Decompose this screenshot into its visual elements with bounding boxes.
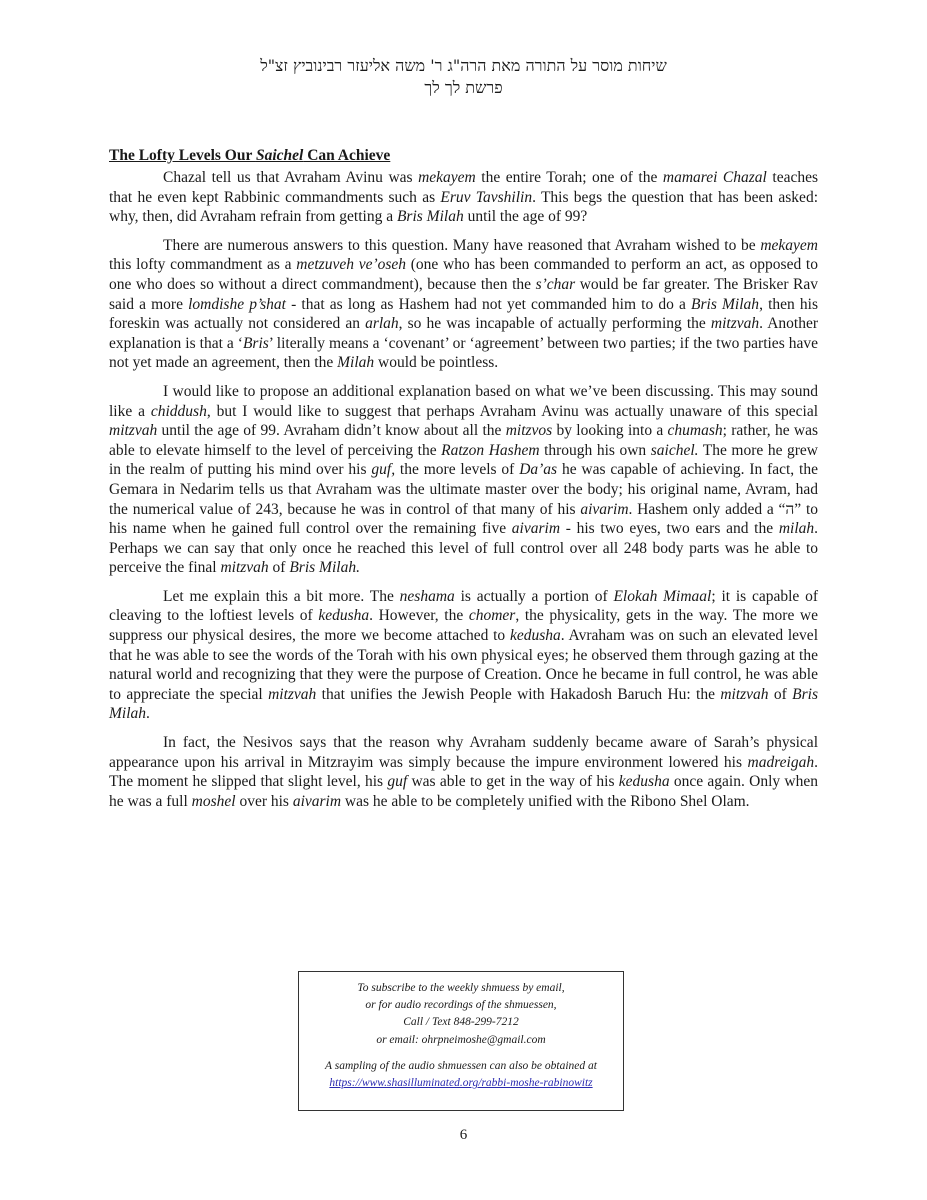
text-run: over his [236, 793, 293, 810]
text-run: until the age of 99. Avraham didn’t know… [157, 422, 505, 439]
italic-term: chiddush [151, 403, 207, 420]
text-run: . However, the [369, 607, 469, 624]
italic-term: aivarim [580, 501, 628, 518]
italic-term: Da’as [519, 461, 557, 478]
title-text: The Lofty Levels Our [109, 147, 256, 164]
italic-term: mitzvos [506, 422, 553, 439]
italic-term: mitzvah [720, 686, 768, 703]
text-run: , but I would like to suggest that perha… [207, 403, 818, 420]
text-run: by looking into a [552, 422, 667, 439]
italic-term: mitzvah [220, 559, 268, 576]
header-series-title: שיחות מוסר על התורה מאת הרה"ג ר' משה אלי… [0, 55, 927, 77]
italic-term: chumash [668, 422, 723, 439]
paragraph: I would like to propose an additional ex… [109, 382, 818, 578]
subscription-info-box: To subscribe to the weekly shmuess by em… [298, 971, 624, 1111]
italic-term: Milah [337, 354, 374, 371]
info-email: or email: ohrpneimoshe@gmail.com [299, 1032, 623, 1049]
text-run: Let me explain this a bit more. The [163, 588, 400, 605]
text-run: the entire Torah; one of the [476, 169, 663, 186]
text-run: . [146, 705, 150, 722]
italic-term: aivarim [293, 793, 341, 810]
italic-term: milah [779, 520, 814, 537]
italic-term: mitzvah [268, 686, 316, 703]
paragraph: Chazal tell us that Avraham Avinu was me… [109, 168, 818, 227]
italic-term: saichel. [651, 442, 699, 459]
italic-term: Bris Milah. [289, 559, 360, 576]
italic-term: mitzvah [711, 315, 759, 332]
italic-term: guf, [371, 461, 395, 478]
info-line: A sampling of the audio shmuessen can al… [299, 1058, 623, 1075]
audio-link[interactable]: https://www.shasilluminated.org/rabbi-mo… [329, 1077, 592, 1089]
text-run: of [769, 686, 793, 703]
spacer [299, 1049, 623, 1058]
italic-term: guf [387, 773, 407, 790]
italic-term: kedusha [619, 773, 670, 790]
italic-term: moshel [192, 793, 236, 810]
text-run: , so he was incapable of actually perfor… [399, 315, 711, 332]
title-emphasis: Saichel [256, 147, 303, 164]
running-header: שיחות מוסר על התורה מאת הרה"ג ר' משה אלי… [0, 55, 927, 99]
italic-term: Eruv Tavshilin [440, 189, 532, 206]
text-run: Chazal tell us that Avraham Avinu was [163, 169, 418, 186]
article-title: The Lofty Levels Our Saichel Can Achieve [109, 146, 818, 166]
italic-term: arlah [365, 315, 399, 332]
italic-term: metzuveh ve’oseh [296, 256, 406, 273]
text-run: until the age of 99? [464, 208, 588, 225]
info-phone: Call / Text 848-299-7212 [299, 1014, 623, 1031]
italic-term: Ratzon Hashem [441, 442, 539, 459]
info-line: To subscribe to the weekly shmuess by em… [299, 980, 623, 997]
text-run: the more levels of [395, 461, 519, 478]
text-run: In fact, the Nesivos says that the reaso… [109, 734, 818, 771]
italic-term: aivarim [512, 520, 560, 537]
italic-term: chomer [469, 607, 516, 624]
italic-term: madreigah [748, 754, 815, 771]
paragraph: In fact, the Nesivos says that the reaso… [109, 733, 818, 811]
italic-term: neshama [400, 588, 455, 605]
text-run: that unifies the Jewish People with Haka… [316, 686, 720, 703]
text-run: There are numerous answers to this quest… [163, 237, 760, 254]
text-run: - that as long as Hashem had not yet com… [286, 296, 691, 313]
text-run: was able to get in the way of his [407, 773, 619, 790]
info-line: or for audio recordings of the shmuessen… [299, 997, 623, 1014]
paragraph: Let me explain this a bit more. The nesh… [109, 587, 818, 724]
italic-term: mekayem [760, 237, 818, 254]
text-run: would be pointless. [374, 354, 498, 371]
text-run: is actually a portion of [455, 588, 614, 605]
italic-term: Bris Milah [397, 208, 464, 225]
title-text-end: Can Achieve [303, 147, 390, 164]
italic-term: mitzvah [109, 422, 157, 439]
text-run: of [269, 559, 290, 576]
header-parsha-title: פרשת לך לך [0, 77, 927, 99]
italic-term: lomdishe p’shat [188, 296, 286, 313]
italic-term: s’char [536, 276, 576, 293]
italic-term: kedusha [510, 627, 561, 644]
italic-term: Bris Milah [691, 296, 759, 313]
italic-term: mamarei Chazal [663, 169, 767, 186]
italic-term: Bris [243, 335, 269, 352]
italic-term: mekayem [418, 169, 476, 186]
text-run: through his own [540, 442, 651, 459]
text-run: - his two eyes, two ears and the [560, 520, 779, 537]
paragraph: There are numerous answers to this quest… [109, 236, 818, 373]
italic-term: Elokah Mimaal [613, 588, 711, 605]
page-number: 6 [0, 1127, 927, 1144]
italic-term: kedusha [318, 607, 369, 624]
text-run: this lofty commandment as a [109, 256, 296, 273]
article-body: The Lofty Levels Our Saichel Can Achieve… [109, 146, 818, 820]
text-run: was he able to be completely unified wit… [341, 793, 750, 810]
